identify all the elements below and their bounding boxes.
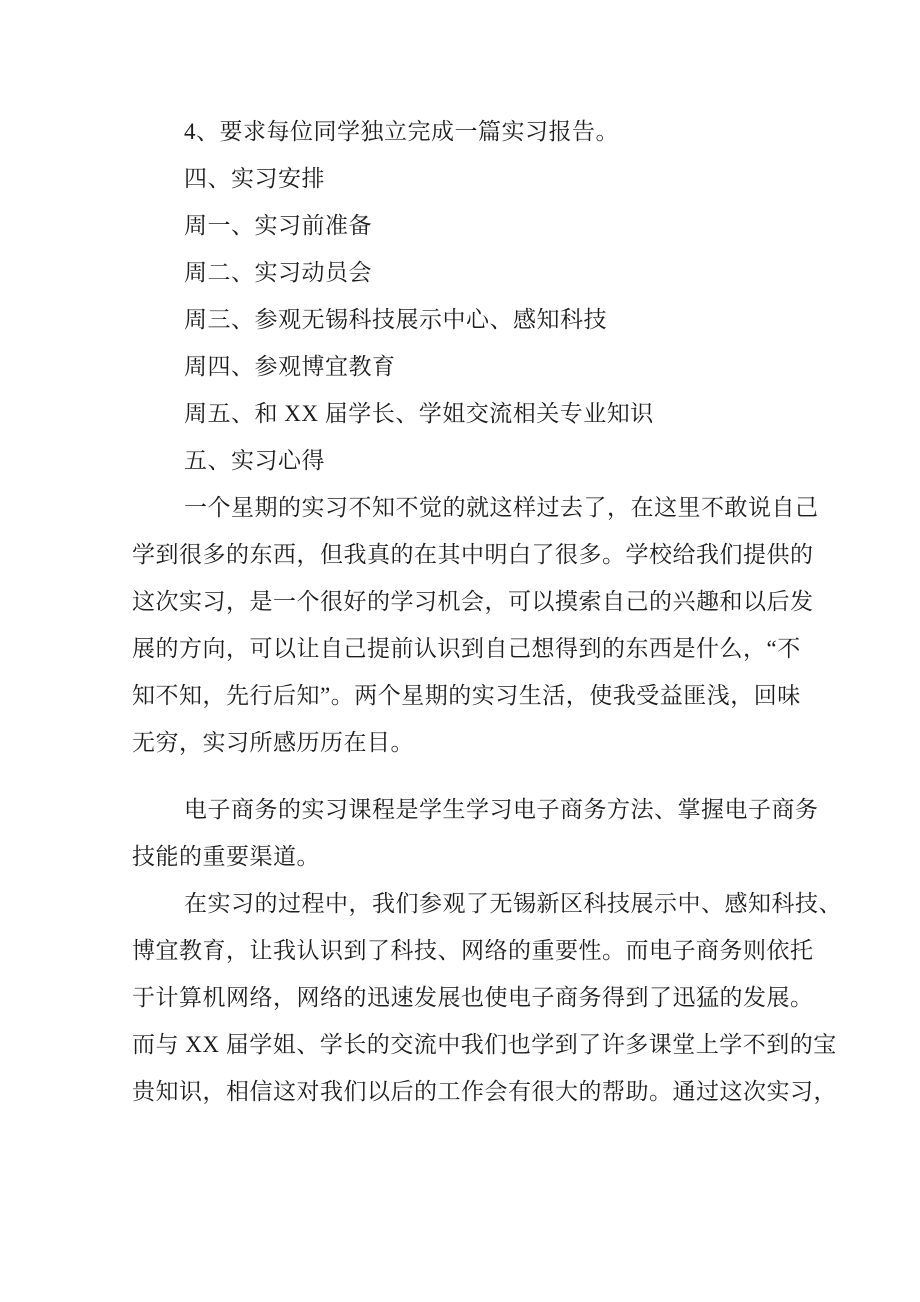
document-text-block: 4、要求每位同学独立完成一篇实习报告。 四、实习安排 周一、实习前准备 周二、实…: [132, 108, 832, 1115]
text-line: 这次实习，是一个很好的学习机会，可以摸索自己的兴趣和以后发: [132, 578, 832, 625]
text-line: 博宜教育，让我认识到了科技、网络的重要性。而电子商务则依托: [132, 927, 832, 974]
text-line: 4、要求每位同学独立完成一篇实习报告。: [132, 108, 832, 155]
text-line: 于计算机网络，网络的迅速发展也使电子商务得到了迅猛的发展。: [132, 974, 832, 1021]
text-line: 展的方向，可以让自己提前认识到自己想得到的东西是什么，“不: [132, 625, 832, 672]
text-line: 知不知，先行后知”。两个星期的实习生活，使我受益匪浅，回味: [132, 672, 832, 719]
text-line: 技能的重要渠道。: [132, 833, 832, 880]
text-line: 五、实习心得: [132, 437, 832, 484]
text-line: 四、实习安排: [132, 155, 832, 202]
text-line: 电子商务的实习课程是学生学习电子商务方法、掌握电子商务: [132, 786, 832, 833]
text-line: 周三、参观无锡科技展示中心、感知科技: [132, 296, 832, 343]
text-line: 周四、参观博宜教育: [132, 343, 832, 390]
document-page: 4、要求每位同学独立完成一篇实习报告。 四、实习安排 周一、实习前准备 周二、实…: [0, 0, 920, 1302]
text-line: 周一、实习前准备: [132, 202, 832, 249]
text-line: 贵知识，相信这对我们以后的工作会有很大的帮助。通过这次实习，: [132, 1068, 832, 1115]
text-line: 周五、和 XX 届学长、学姐交流相关专业知识: [132, 390, 832, 437]
text-line: 而与 XX 届学姐、学长的交流中我们也学到了许多课堂上学不到的宝: [132, 1021, 832, 1068]
text-line: 无穷，实习所感历历在目。: [132, 719, 832, 766]
text-line: 学到很多的东西，但我真的在其中明白了很多。学校给我们提供的: [132, 531, 832, 578]
text-line: 在实习的过程中，我们参观了无锡新区科技展示中、感知科技、: [132, 880, 832, 927]
text-line: 周二、实习动员会: [132, 249, 832, 296]
text-line: 一个星期的实习不知不觉的就这样过去了，在这里不敢说自己: [132, 484, 832, 531]
